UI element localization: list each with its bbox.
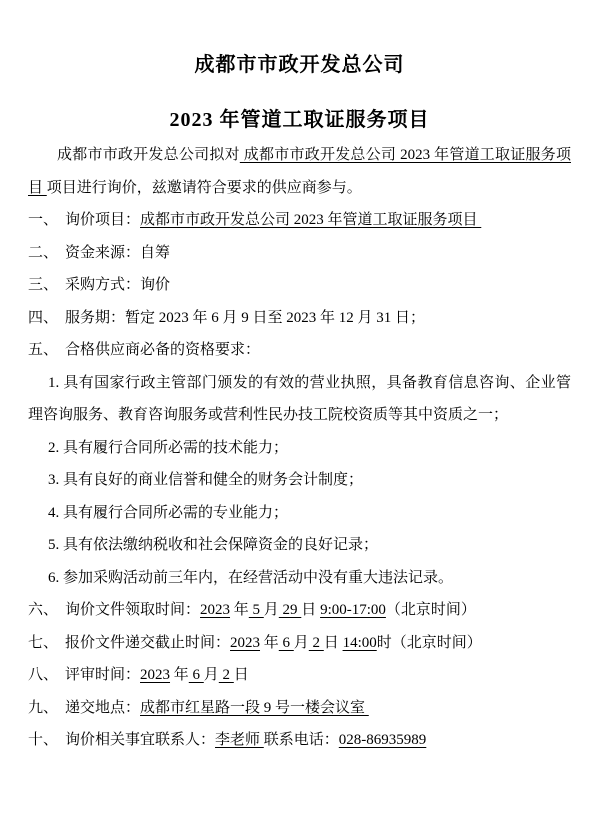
underlined-project-name: 成都市市政开发总公司 2023 年管道工取证服务项目 bbox=[140, 212, 481, 228]
item-label: 询价项目： bbox=[65, 212, 140, 228]
item-number: 三、 bbox=[28, 269, 65, 302]
underlined-day: 2 bbox=[219, 667, 234, 683]
item-text: 服务期：暂定 2023 年 6 月 9 日至 2023 年 12 月 31 日； bbox=[65, 310, 425, 326]
item-label: 报价文件递交截止时间： bbox=[65, 635, 230, 651]
item-document-collection-time: 六、询价文件领取时间：2023 年 5 月 29 日 9:00-17:00（北京… bbox=[28, 594, 571, 627]
underlined-year: 2023 bbox=[200, 602, 230, 618]
item-label: 递交地点： bbox=[65, 700, 140, 716]
underlined-contact-name: 李老师 bbox=[215, 732, 264, 748]
item-label-phone: 联系电话： bbox=[264, 732, 339, 748]
item-review-time: 八、评审时间：2023 年 6 月 2 日 bbox=[28, 659, 571, 692]
item-text: 年 bbox=[260, 635, 279, 651]
intro-text-pre: 成都市市政开发总公司拟对 bbox=[57, 147, 240, 163]
item-number: 一、 bbox=[28, 204, 65, 237]
item-number: 七、 bbox=[28, 627, 65, 660]
underlined-time-range: 9:00-17:00 bbox=[320, 602, 386, 618]
qualification-5: 5. 具有依法缴纳税收和社会保障资金的良好记录； bbox=[28, 529, 571, 562]
item-text: 合格供应商必备的资格要求： bbox=[65, 342, 260, 358]
underlined-month: 6 bbox=[189, 667, 204, 683]
item-number: 九、 bbox=[28, 692, 65, 725]
item-qualification-heading: 五、合格供应商必备的资格要求： bbox=[28, 334, 571, 367]
item-text: 日 bbox=[301, 602, 320, 618]
item-text: （北京时间） bbox=[386, 602, 476, 618]
item-label: 询价文件领取时间： bbox=[65, 602, 200, 618]
item-text: 年 bbox=[170, 667, 189, 683]
item-text: 采购方式：询价 bbox=[65, 277, 170, 293]
underlined-month: 6 bbox=[279, 635, 294, 651]
underlined-time: 14:00 bbox=[343, 635, 377, 651]
item-funding-source: 二、资金来源：自筹 bbox=[28, 237, 571, 270]
qualification-4: 4. 具有履行合同所必需的专业能力； bbox=[28, 497, 571, 530]
item-text: 月 bbox=[264, 602, 279, 618]
item-service-period: 四、服务期：暂定 2023 年 6 月 9 日至 2023 年 12 月 31 … bbox=[28, 302, 571, 335]
item-text: 日 bbox=[324, 635, 343, 651]
document-page: 成都市市政开发总公司 2023 年管道工取证服务项目 成都市市政开发总公司拟对 … bbox=[0, 0, 601, 831]
item-text: 年 bbox=[230, 602, 249, 618]
intro-text-post: 项目进行询价，兹邀请符合要求的供应商参与。 bbox=[47, 180, 362, 196]
underlined-address: 成都市红星路一段 9 号一楼会议室 bbox=[140, 700, 369, 716]
item-number: 八、 bbox=[28, 659, 65, 692]
intro-paragraph: 成都市市政开发总公司拟对 成都市市政开发总公司 2023 年管道工取证服务项目 … bbox=[28, 139, 571, 204]
qualification-1: 1. 具有国家行政主管部门颁发的有效的营业执照，具备教育信息咨询、企业管理咨询服… bbox=[28, 367, 571, 432]
underlined-phone-number: 028-86935989 bbox=[339, 732, 427, 748]
underlined-year: 2023 bbox=[230, 635, 260, 651]
item-number: 二、 bbox=[28, 237, 65, 270]
item-number: 十、 bbox=[28, 724, 65, 757]
item-label: 评审时间： bbox=[65, 667, 140, 683]
item-text: 日 bbox=[234, 667, 249, 683]
qualification-3: 3. 具有良好的商业信誉和健全的财务会计制度； bbox=[28, 464, 571, 497]
item-number: 五、 bbox=[28, 334, 65, 367]
item-label: 询价相关事宜联系人： bbox=[65, 732, 215, 748]
item-submission-location: 九、递交地点：成都市红星路一段 9 号一楼会议室 bbox=[28, 692, 571, 725]
underlined-month: 5 bbox=[249, 602, 264, 618]
item-text: 时（北京时间） bbox=[377, 635, 482, 651]
item-number: 六、 bbox=[28, 594, 65, 627]
item-submission-deadline: 七、报价文件递交截止时间：2023 年 6 月 2 日 14:00时（北京时间） bbox=[28, 627, 571, 660]
underlined-year: 2023 bbox=[140, 667, 170, 683]
item-number: 四、 bbox=[28, 302, 65, 335]
item-text: 月 bbox=[204, 667, 219, 683]
item-inquiry-project: 一、询价项目：成都市市政开发总公司 2023 年管道工取证服务项目 bbox=[28, 204, 571, 237]
item-procurement-method: 三、采购方式：询价 bbox=[28, 269, 571, 302]
company-title: 成都市市政开发总公司 bbox=[28, 53, 571, 77]
underlined-day: 29 bbox=[279, 602, 302, 618]
qualification-6: 6. 参加采购活动前三年内，在经营活动中没有重大违法记录。 bbox=[28, 562, 571, 595]
item-text: 资金来源：自筹 bbox=[65, 245, 170, 261]
item-text: 月 bbox=[294, 635, 309, 651]
project-title: 2023 年管道工取证服务项目 bbox=[28, 108, 571, 132]
item-contact: 十、询价相关事宜联系人：李老师 联系电话：028-86935989 bbox=[28, 724, 571, 757]
qualification-2: 2. 具有履行合同所必需的技术能力； bbox=[28, 432, 571, 465]
underlined-day: 2 bbox=[309, 635, 324, 651]
